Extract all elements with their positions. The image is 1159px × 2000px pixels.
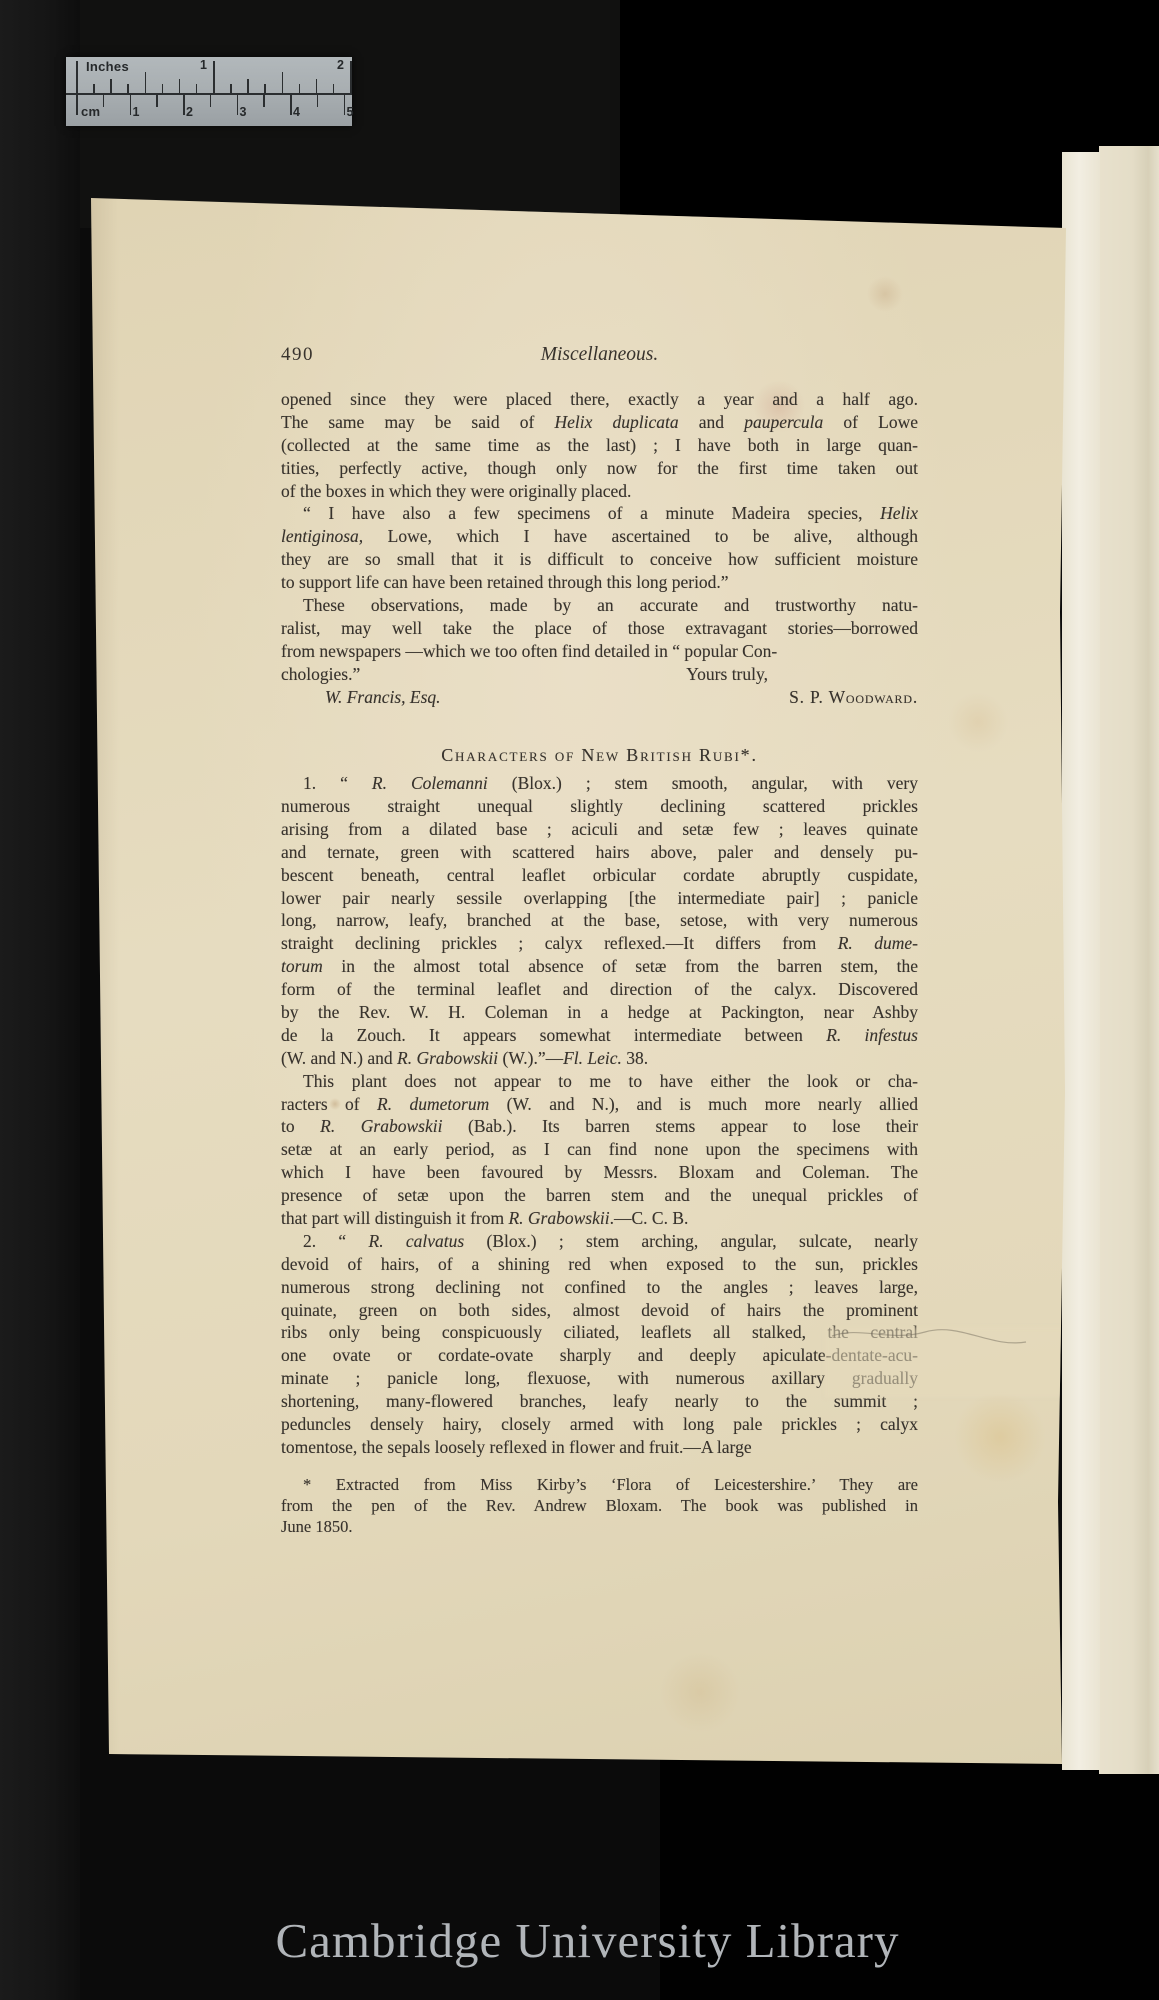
page-header: 490 Miscellaneous. [281,344,918,370]
letter-addressee: W. Francis, Esq. [325,686,441,710]
paragraph-closing-line: chologies.” Yours truly, [281,663,918,686]
underlying-page-edge [1099,146,1159,1774]
paragraph: These observations, made by an accurate … [281,594,918,663]
letter-signature: S. P. Woodward. [789,686,918,710]
library-watermark: Cambridge University Library [8,1912,1159,1969]
signature-row: W. Francis, Esq. S. P. Woodward. [281,686,918,710]
footnote: * Extracted from Miss Kirby’s ‘Flora of … [281,1474,918,1538]
page-body-text: opened since they were placed there, exa… [281,388,918,1537]
ruler-cm-scale: 12345 [66,57,352,126]
running-head: Miscellaneous. [281,344,918,366]
paragraph: 2. “ R. calvatus (Blox.) ; stem arching,… [281,1230,918,1459]
background-fabric-left [0,0,80,2000]
valediction: Yours truly, [686,663,768,686]
measurement-ruler: Inches cm 12 12345 [66,57,352,126]
section-heading: Characters of New British Rubi*. [281,745,918,766]
page-fore-edge [1062,152,1100,1770]
book-page: 490 Miscellaneous. opened since they wer… [85,192,1066,1770]
paragraph: “ I have also a few specimens of a minut… [281,502,918,594]
scan-background: Inches cm 12 12345 490 Miscellaneous. op… [0,0,1159,2000]
paragraph: 1. “ R. Colemanni (Blox.) ; stem smooth,… [281,772,918,1070]
paragraph: opened since they were placed there, exa… [281,388,918,502]
paragraph: This plant does not appear to me to have… [281,1070,918,1230]
paragraph-end-text: chologies.” [281,663,360,686]
